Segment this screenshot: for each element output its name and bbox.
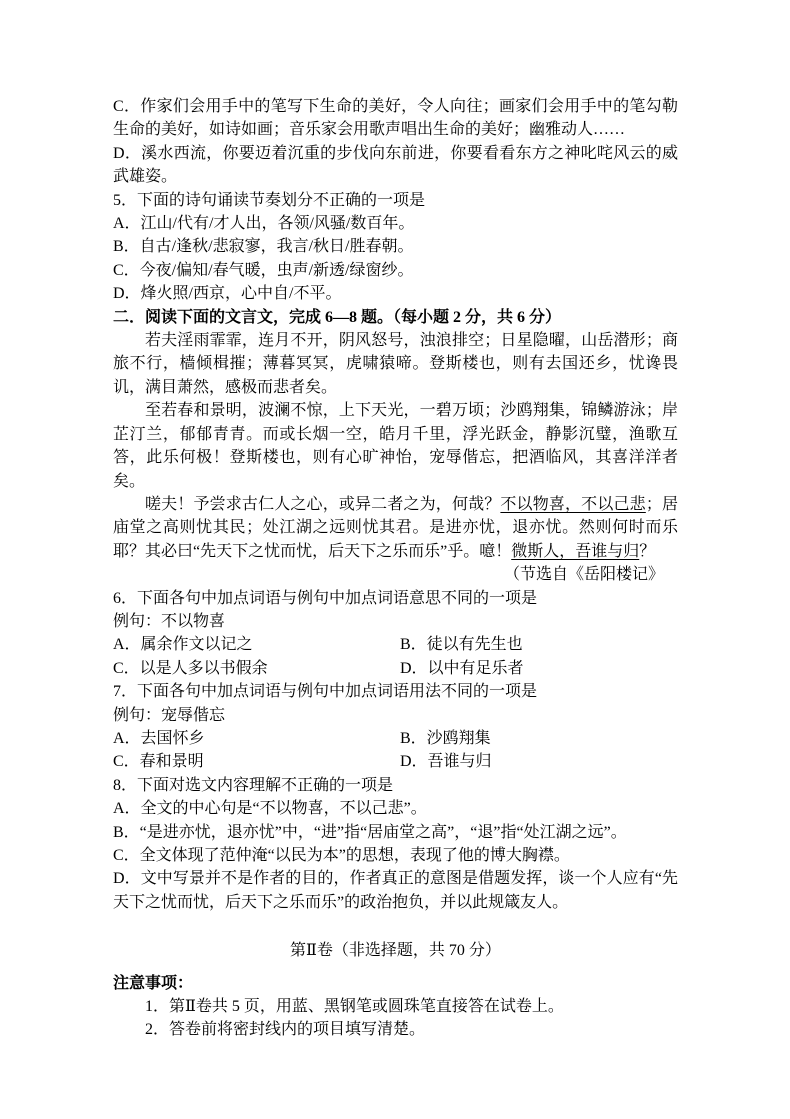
passage-source: （节选自《岳阳楼记》: [113, 563, 678, 586]
passage-paragraph-2: 至若春和景明，波澜不惊，上下天光，一碧万顷；沙鸥翔集，锦鳞游泳；岸芷汀兰，郁郁青…: [113, 399, 678, 493]
part2-title: 第Ⅱ卷（非选择题，共 70 分）: [113, 939, 678, 962]
q6-example: 例句：不以物喜: [113, 610, 678, 633]
q8-stem: 8．下面对选文内容理解不正确的一项是: [113, 774, 678, 797]
q8-option-c: C．全文体现了范仲淹“以民为本”的思想，表现了他的博大胸襟。: [113, 844, 678, 867]
passage-p3-end: ？: [639, 543, 655, 560]
prev-option-c: C．作家们会用手中的笔写下生命的美好，令人向往；画家们会用手中的笔勾勒生命的美好…: [113, 95, 678, 142]
q6-option-row-1: A．属余作文以记之 B．徒以有先生也: [113, 633, 678, 656]
q6-option-row-2: C．以是人多以书假余 D．以中有足乐者: [113, 657, 678, 680]
q6-option-d: D．以中有足乐者: [400, 657, 678, 680]
passage-p3-underlined-1: 不以物喜，不以己悲: [500, 496, 645, 513]
exam-paper-page: C．作家们会用手中的笔写下生命的美好，令人向往；画家们会用手中的笔勾勒生命的美好…: [0, 0, 790, 1119]
notes-heading: 注意事项：: [113, 972, 678, 995]
q7-option-d: D．吾谁与归: [400, 750, 678, 773]
q5-option-d: D．烽火照/西京，心中自/不平。: [113, 282, 678, 305]
passage-p3-underlined-2: 微斯人，吾谁与归: [511, 543, 639, 560]
q5-stem: 5．下面的诗句诵读节奏划分不正确的一项是: [113, 189, 678, 212]
passage-paragraph-3: 嗟夫！予尝求古仁人之心，或异二者之为，何哉？不以物喜，不以己悲；居庙堂之高则忧其…: [113, 493, 678, 563]
q7-stem: 7．下面各句中加点词语与例句中加点词语用法不同的一项是: [113, 680, 678, 703]
q7-option-a: A．去国怀乡: [113, 727, 400, 750]
q7-option-row-2: C．春和景明 D．吾谁与归: [113, 750, 678, 773]
q5-option-b: B．自古/逢秋/悲寂寥，我言/秋日/胜春朝。: [113, 235, 678, 258]
section-2-heading: 二．阅读下面的文言文，完成 6—8 题。（每小题 2 分，共 6 分）: [113, 306, 678, 329]
q6-stem: 6．下面各句中加点词语与例句中加点词语意思不同的一项是: [113, 587, 678, 610]
note-item-2: 2．答卷前将密封线内的项目填写清楚。: [113, 1018, 678, 1041]
q6-option-a: A．属余作文以记之: [113, 633, 400, 656]
prev-option-d: D．溪水西流，你要迈着沉重的步伐向东前进，你要看看东方之神叱咤风云的威武雄姿。: [113, 142, 678, 189]
q6-option-c: C．以是人多以书假余: [113, 657, 400, 680]
q7-option-b: B．沙鸥翔集: [400, 727, 678, 750]
passage-paragraph-1: 若夫淫雨霏霏，连月不开，阴风怒号，浊浪排空；日星隐曜，山岳潜形；商旅不行，樯倾楫…: [113, 329, 678, 399]
q8-option-d: D．文中写景并不是作者的目的，作者真正的意图是借题发挥，谈一个人应有“先天下之忧…: [113, 867, 678, 914]
q8-option-b: B．“是进亦忧，退亦忧”中，“进”指“居庙堂之高”，“退”指“处江湖之远”。: [113, 821, 678, 844]
q5-option-c: C．今夜/偏知/春气暖，虫声/新透/绿窗纱。: [113, 259, 678, 282]
q7-option-row-1: A．去国怀乡 B．沙鸥翔集: [113, 727, 678, 750]
q7-example: 例句：宠辱偕忘: [113, 704, 678, 727]
passage-p3-pre: 嗟夫！予尝求古仁人之心，或异二者之为，何哉？: [145, 496, 500, 513]
q7-option-c: C．春和景明: [113, 750, 400, 773]
q5-option-a: A．江山/代有/才人出，各领/风骚/数百年。: [113, 212, 678, 235]
q6-option-b: B．徒以有先生也: [400, 633, 678, 656]
q8-option-a: A．全文的中心句是“不以物喜，不以己悲”。: [113, 797, 678, 820]
note-item-1: 1．第Ⅱ卷共 5 页，用蓝、黑钢笔或圆珠笔直接答在试卷上。: [113, 995, 678, 1018]
